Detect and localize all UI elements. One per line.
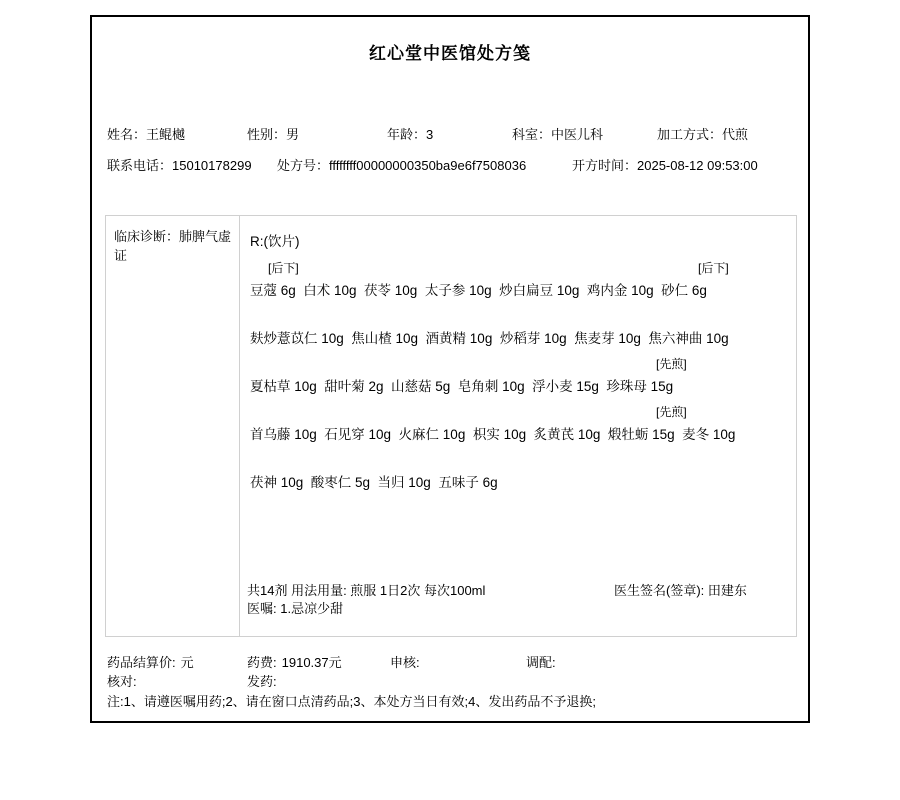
patient-age-label: 年龄：: [387, 127, 426, 142]
prepare-label: 调配:: [526, 655, 556, 670]
annotation-houxia-right: [后下]: [698, 259, 729, 276]
medicine-line-2: 麸炒薏苡仁 10g 焦山楂 10g 酒黄精 10g 炒稻芽 10g 焦麦芽 10…: [250, 327, 729, 347]
patient-processing-field: 加工方式：代煎: [657, 124, 748, 143]
prepare-field: 调配:: [526, 652, 561, 671]
settle-price-field: 药品结算价:元: [107, 652, 194, 671]
footer-note: 注:1、请遵医嘱用药;2、请在窗口点清药品;3、本处方当日有效;4、发出药品不予…: [107, 691, 596, 710]
dosage-summary: 共14剂 用法用量: 煎服 1日2次 每次100ml: [247, 580, 485, 599]
medicine-line-5: 茯神 10g 酸枣仁 5g 当归 10g 五味子 6g: [250, 471, 498, 491]
rx-time-value: 2025-08-12 09:53:00: [637, 158, 758, 173]
fee-value: 1910.37元: [282, 655, 342, 670]
review-field: 申核:: [390, 652, 425, 671]
rx-time-field: 开方时间：2025-08-12 09:53:00: [572, 155, 758, 174]
patient-phone-field: 联系电话：15010178299: [107, 155, 252, 174]
check-field: 核对:: [107, 671, 142, 690]
medicine-line-4: 首乌藤 10g 石见穿 10g 火麻仁 10g 枳实 10g 炙黄芪 10g 煅…: [250, 423, 735, 443]
patient-gender-field: 性别：男: [247, 124, 299, 143]
patient-gender-label: 性别：: [247, 127, 286, 142]
patient-processing-value: 代煎: [722, 127, 748, 142]
medicine-line-3: 夏枯草 10g 甜叶菊 2g 山慈菇 5g 皂角刺 10g 浮小麦 15g 珍珠…: [250, 375, 673, 395]
dispense-field: 发药:: [247, 671, 282, 690]
clinical-diagnosis: 临床诊断：肺脾气虚证: [106, 216, 240, 636]
fee-field: 药费:1910.37元: [247, 652, 342, 671]
medicine-line-1: 豆蔻 6g 白术 10g 茯苓 10g 太子参 10g 炒白扁豆 10g 鸡内金…: [250, 279, 707, 299]
patient-age-field: 年龄：3: [387, 124, 433, 143]
settle-price-value: 元: [181, 655, 194, 670]
prescription-box: 临床诊断：肺脾气虚证 R:(饮片) [后下] [后下] 豆蔻 6g 白术 10g…: [105, 215, 797, 637]
rx-header: R:(饮片): [250, 230, 300, 250]
rx-time-label: 开方时间：: [572, 158, 637, 173]
patient-gender-value: 男: [286, 127, 299, 142]
annotation-xianjian-2: [先煎]: [656, 403, 687, 420]
doctor-signature: 医生签名(签章): 田建东: [614, 580, 747, 599]
doctor-advice: 医嘱: 1.忌凉少甜: [247, 598, 343, 617]
annotation-houxia-left: [后下]: [268, 259, 299, 276]
rx-number-value: ffffffff00000000350ba9e6f7508036: [329, 158, 526, 173]
patient-name-value: 王鲲樾: [146, 127, 185, 142]
review-label: 申核:: [390, 655, 420, 670]
rx-number-field: 处方号：ffffffff00000000350ba9e6f7508036: [277, 155, 526, 174]
prescription-page: 红心堂中医馆处方笺 姓名：王鲲樾 性别：男 年龄：3 科室：中医儿科 加工方式：…: [90, 15, 810, 723]
patient-name-field: 姓名：王鲲樾: [107, 124, 185, 143]
patient-processing-label: 加工方式：: [657, 127, 722, 142]
fee-label: 药费:: [247, 655, 277, 670]
patient-phone-value: 15010178299: [172, 158, 252, 173]
patient-department-field: 科室：中医儿科: [512, 124, 603, 143]
patient-name-label: 姓名：: [107, 127, 146, 142]
dispense-label: 发药:: [247, 674, 277, 689]
patient-phone-label: 联系电话：: [107, 158, 172, 173]
check-label: 核对:: [107, 674, 137, 689]
patient-department-label: 科室：: [512, 127, 551, 142]
annotation-xianjian-1: [先煎]: [656, 355, 687, 372]
patient-department-value: 中医儿科: [551, 127, 603, 142]
rx-number-label: 处方号：: [277, 158, 329, 173]
settle-price-label: 药品结算价:: [107, 655, 176, 670]
patient-age-value: 3: [426, 127, 433, 142]
page-title: 红心堂中医馆处方笺: [92, 39, 808, 64]
